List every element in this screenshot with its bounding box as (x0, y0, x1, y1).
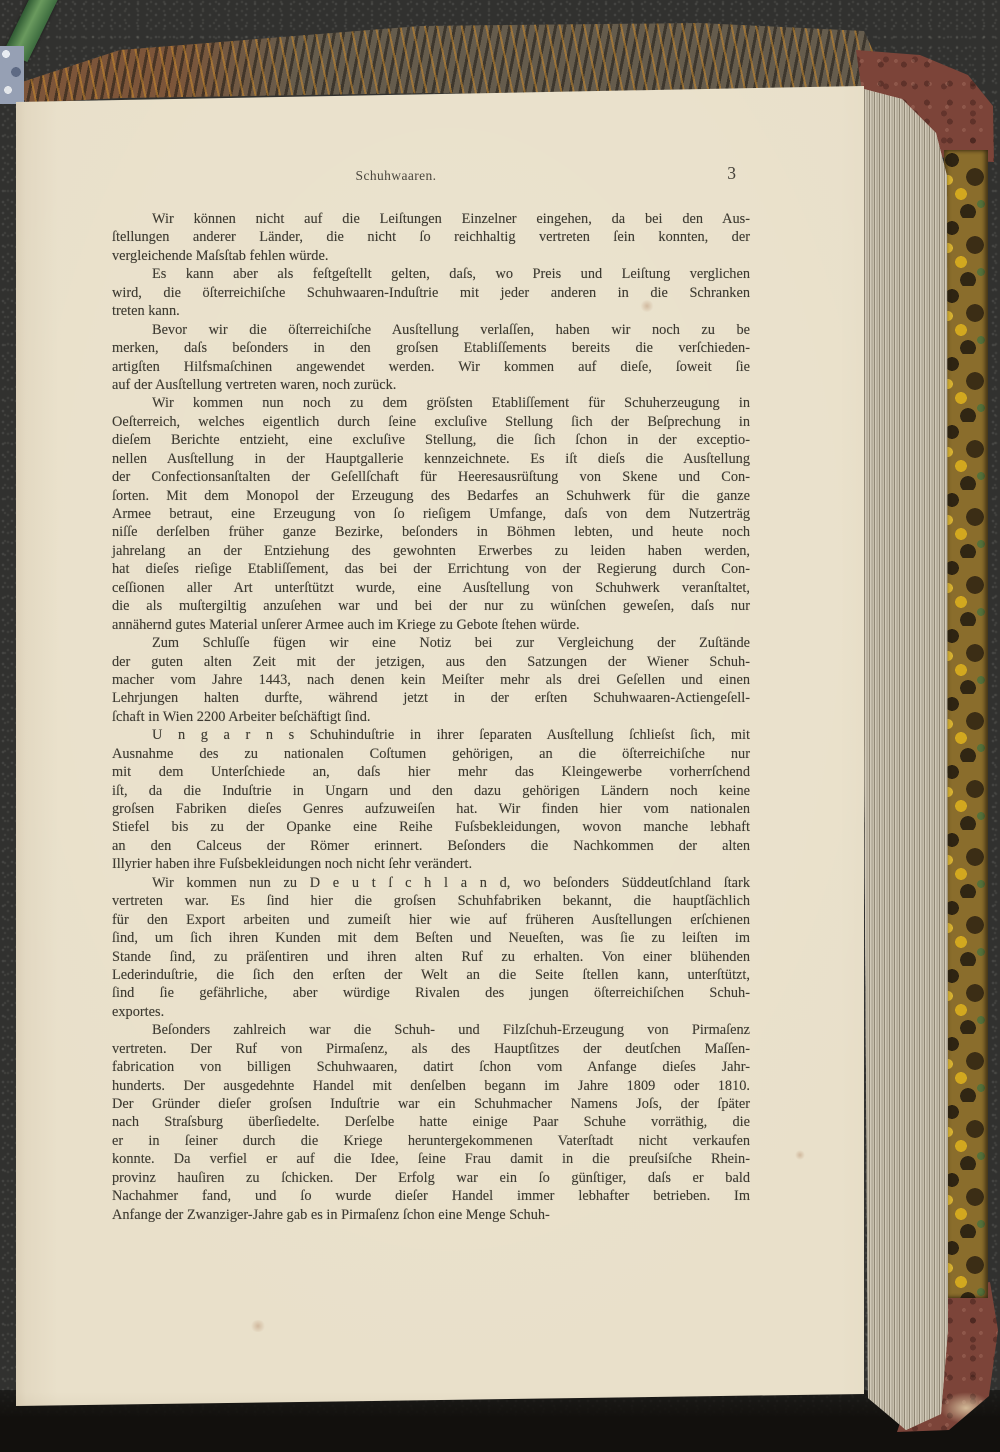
text-line: nach Straſsburg überſiedelte. Derſelbe h… (112, 1113, 750, 1131)
text-line: für den Export arbeiten und zumeiſt hier… (112, 911, 750, 929)
paragraph: Beſonders zahlreich war die Schuh- und F… (112, 1021, 750, 1224)
text-line: Wir kommen nun zu D e u t ſ c h l a n d,… (112, 874, 750, 892)
text-line: Illyrier haben ihre Fuſsbekleidungen noc… (112, 855, 750, 873)
text-line: Wir können nicht auf die Leiſtungen Einz… (112, 210, 750, 228)
paragraph: U n g a r n s Schuhinduſtrie in ihrer ſe… (112, 726, 750, 874)
paragraph: Wir kommen nun zu D e u t ſ c h l a n d,… (112, 874, 750, 1022)
text-line: Beſonders zahlreich war die Schuh- und F… (112, 1021, 750, 1039)
text-line: an den Calceus der Römer erinnert. Beſon… (112, 837, 750, 855)
paragraph: Zum Schluſſe fügen wir eine Notiz bei zu… (112, 634, 750, 726)
text-line: treten kann. (112, 302, 750, 320)
text-line: ſchaft in Wien 2200 Arbeiter beſchäftigt… (112, 708, 750, 726)
text-line: auf der Ausſtellung vertreten waren, noc… (112, 376, 750, 394)
text-line: niſſe derſelben früher ganze Bezirke, be… (112, 523, 750, 541)
book-scan: Schuhwaaren. 3 Wir können nicht auf die … (0, 0, 1000, 1452)
text-line: der Confectionsanſtalten der Geſellſchaf… (112, 468, 750, 486)
foxing-spot (795, 1150, 805, 1160)
text-line: vertreten. Der Ruf von Pirmaſenz, als de… (112, 1040, 750, 1058)
foxing-spot (250, 1320, 266, 1332)
marbled-cover-side (944, 150, 988, 1298)
text-line: macher vom Jahre 1443, nach denen kein M… (112, 671, 750, 689)
paragraph: Wir können nicht auf die Leiſtungen Einz… (112, 210, 750, 265)
paragraph: Es kann aber als feſtgeſtellt gelten, da… (112, 265, 750, 320)
text-line: Stande ſind, zu präſentiren und ihren al… (112, 948, 750, 966)
text-line: Oeſterreich, welches eigentlich durch ſe… (112, 413, 750, 431)
text-line: ceſſionen aller Art unterſtützt wurde, e… (112, 579, 750, 597)
text-line: Der Gründer dieſer groſsen Induſtrie war… (112, 1095, 750, 1113)
endpaper-marble-fragment (0, 46, 24, 104)
text-line: nellen Ausſtellung in der Hauptgallerie … (112, 450, 750, 468)
text-line: ſind, um ſich ihren Kunden mit dem Beſte… (112, 929, 750, 947)
text-line: Es kann aber als feſtgeſtellt gelten, da… (112, 265, 750, 283)
text-line: mit dem Unterſchiede an, daſs hier mehr … (112, 763, 750, 781)
text-line: hunderts. Der ausgedehnte Handel mit den… (112, 1077, 750, 1095)
text-line: annähernd gutes Material unſerer Armee a… (112, 616, 750, 634)
text-line: vergleichende Maſsſtab fehlen würde. (112, 247, 750, 265)
text-line: jahrelang an der Entziehung des gewohnte… (112, 542, 750, 560)
text-line: iſt, da die Induſtrie in Ungarn und den … (112, 782, 750, 800)
text-block: Wir können nicht auf die Leiſtungen Einz… (112, 210, 750, 1224)
text-line: merken, daſs beſonders in den groſsen Et… (112, 339, 750, 357)
text-line: wird, die öſterreichiſche Schuhwaaren-In… (112, 284, 750, 302)
text-line: exportes. (112, 1003, 750, 1021)
text-line: ſorten. Mit dem Monopol der Erzeugung de… (112, 487, 750, 505)
text-line: Armee betraut, eine Erzeugung von ſo rie… (112, 505, 750, 523)
paragraph: Wir kommen nun noch zu dem gröſsten Etab… (112, 394, 750, 634)
text-line: artigſten Hilfsmaſchinen angewendet werd… (112, 358, 750, 376)
text-line: Ausnahme des zu nationalen Coſtumen gehö… (112, 745, 750, 763)
text-line: Anfange der Zwanziger-Jahre gab es in Pi… (112, 1206, 750, 1224)
text-line: Wir kommen nun noch zu dem gröſsten Etab… (112, 394, 750, 412)
text-line: Lehrjungen halten durfte, während jetzt … (112, 689, 750, 707)
text-line: provinz hauſiren zu ſchicken. Der Erfolg… (112, 1169, 750, 1187)
text-line: groſsen Fabriken dieſes Genres aufzuweiſ… (112, 800, 750, 818)
running-title: Schuhwaaren. (77, 168, 715, 184)
page-number: 3 (727, 163, 736, 184)
paragraph: Bevor wir die öſterreichiſche Ausſtellun… (112, 321, 750, 395)
text-line: U n g a r n s Schuhinduſtrie in ihrer ſe… (112, 726, 750, 744)
text-line: vertreten war. Es ſind hier die groſsen … (112, 892, 750, 910)
text-line: dieſem Berichte entzieht, eine excluſive… (112, 431, 750, 449)
text-line: ſind ſie gefährliche, aber würdige Rival… (112, 984, 750, 1002)
text-line: ſtellungen anderer Länder, die nicht ſo … (112, 228, 750, 246)
text-line: er in ſeiner durch die Kriege herunterge… (112, 1132, 750, 1150)
text-line: hat dieſes rieſige Etabliſſement, das be… (112, 560, 750, 578)
text-line: Zum Schluſſe fügen wir eine Notiz bei zu… (112, 634, 750, 652)
text-line: die als muſtergiltig anzuſehen war und b… (112, 597, 750, 615)
text-line: der guten alten Zeit mit der jetzigen, a… (112, 653, 750, 671)
text-line: fabrication von billigen Schuhwaaren, da… (112, 1058, 750, 1076)
text-line: Bevor wir die öſterreichiſche Ausſtellun… (112, 321, 750, 339)
text-line: konnte. Da verfiel er auf die Idee, ſein… (112, 1150, 750, 1168)
text-line: Stiefel bis zu der Opanke eine Reihe Fuſ… (112, 818, 750, 836)
text-line: Lederinduſtrie, die ſich den erſten der … (112, 966, 750, 984)
text-line: Nachahmer fand, und ſo wurde dieſer Hand… (112, 1187, 750, 1205)
